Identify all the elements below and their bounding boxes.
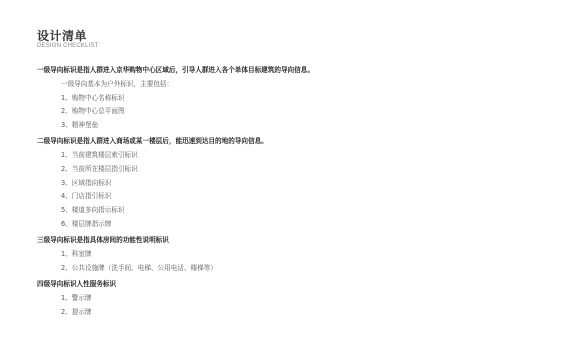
section-2-heading: 二级导向标识是指人群进入商场或某一楼层后，能迅速到达目的地的导向信息。 (37, 137, 268, 146)
list-item: 2、提示牌 (61, 308, 92, 317)
section-3-heading: 三级导向标识是指具体房间的功能性说明标识 (37, 236, 169, 245)
list-item: 1、当前建筑楼层索引标识 (61, 151, 138, 160)
list-item: 1、科室牌 (61, 250, 92, 259)
list-item: 2、购物中心总平面图 (61, 107, 125, 116)
list-item: 3、区域指向标识 (61, 179, 111, 188)
list-item: 3、精神堡垒 (61, 121, 98, 130)
section-1-heading: 一级导向标识是指人群进入京华购物中心区域后，引导人群进入各个单体目标建筑的导向信… (37, 66, 314, 75)
list-item: 2、当前所在楼层指引标识 (61, 165, 138, 174)
list-item: 1、警示牌 (61, 294, 92, 303)
list-item: 6、楼层牌指示牌 (61, 220, 111, 229)
list-item: 2、公共设施牌（洗手间、电梯、公用电话、楼梯等） (61, 264, 217, 273)
section-4-heading: 四级导向标识人性服务标识 (37, 280, 116, 289)
section-1-intro: 一级导向基本为户外标识，主要包括： (61, 80, 173, 89)
list-item: 4、门店指引标识 (61, 192, 111, 201)
design-checklist-page: 设计清单 DESIGN CHECKLIST 一级导向标识是指人群进入京华购物中心… (0, 0, 570, 360)
list-item: 1、购物中心名称标识 (61, 94, 125, 103)
page-subtitle: DESIGN CHECKLIST (37, 43, 99, 50)
page-title: 设计清单 (37, 30, 87, 43)
list-item: 5、楼道多向指示标识 (61, 206, 125, 215)
